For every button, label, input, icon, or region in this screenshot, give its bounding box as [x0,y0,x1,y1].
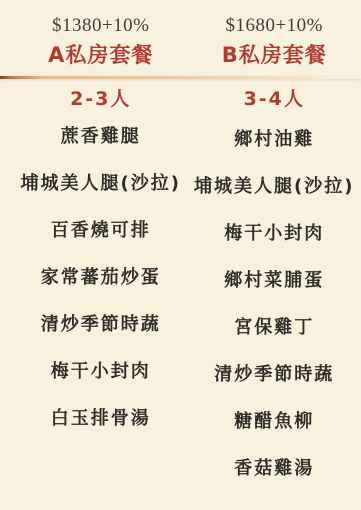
dish-item: 梅干小封肉 [188,208,361,255]
dish-lists: 蔗香雞腿 埔城美人腿(沙拉) 百香燒可排 家常蕃茄炒蛋 清炒季節時蔬 梅干小封肉… [0,111,361,490]
dish-item: 宮保雞丁 [188,302,361,349]
dish-item: 清炒季節時蔬 [14,299,188,346]
serving-row: 2-3人 3-4人 [0,79,361,111]
dish-item: 白玉排骨湯 [14,393,188,440]
set-b-serving-size: 3-4人 [188,87,361,111]
dish-item: 蔗香雞腿 [14,111,188,158]
set-a-price: $1380+10% [14,15,188,37]
dish-item: 百香燒可排 [14,205,188,252]
dish-item: 梅干小封肉 [14,346,188,393]
dish-item: 家常蕃茄炒蛋 [14,252,188,299]
set-b-header: $1680+10% B私房套餐 [188,15,361,68]
dish-item: 清炒季節時蔬 [188,349,361,396]
set-a-header: $1380+10% A私房套餐 [14,15,188,68]
set-a-serving-size: 2-3人 [14,87,188,111]
dish-item: 糖醋魚柳 [188,396,361,443]
dish-item: 埔城美人腿(沙拉) [14,158,188,205]
set-a-dish-list: 蔗香雞腿 埔城美人腿(沙拉) 百香燒可排 家常蕃茄炒蛋 清炒季節時蔬 梅干小封肉… [14,111,188,440]
dish-item: 埔城美人腿(沙拉) [188,161,361,208]
dish-item: 香菇雞湯 [188,443,361,490]
dish-item: 鄉村油雞 [188,114,361,161]
dish-item: 鄉村菜脯蛋 [188,255,361,302]
set-b-dish-list: 鄉村油雞 埔城美人腿(沙拉) 梅干小封肉 鄉村菜脯蛋 宮保雞丁 清炒季節時蔬 糖… [188,114,361,490]
set-b-title: B私房套餐 [188,42,361,68]
set-a-title: A私房套餐 [14,42,188,68]
set-b-price: $1680+10% [188,15,361,37]
menu-header: $1380+10% A私房套餐 $1680+10% B私房套餐 [0,0,361,68]
menu-page: $1380+10% A私房套餐 $1680+10% B私房套餐 2-3人 3-4… [0,0,361,510]
